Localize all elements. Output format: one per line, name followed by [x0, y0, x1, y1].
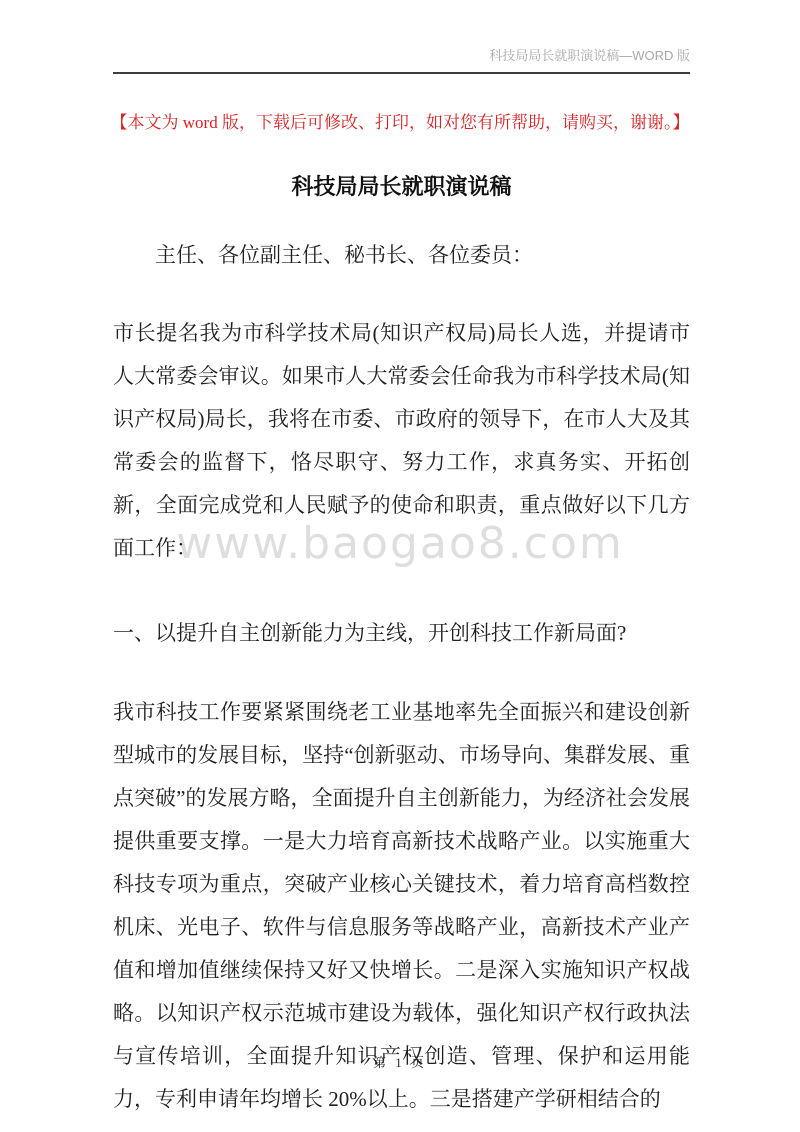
greeting-line: 主任、各位副主任、秘书长、各位委员： [113, 240, 690, 270]
purchase-notice: 【本文为 word 版，下载后可修改、打印，如对您有所帮助，请购买，谢谢。】 [0, 110, 800, 136]
body-paragraph-2: 我市科技工作要紧紧围绕老工业基地率先全面振兴和建设创新型城市的发展目标，坚持“创… [113, 691, 690, 1121]
document-title: 科技局局长就职演说稿 [113, 172, 690, 202]
document-page: 科技局局长就职演说稿—WORD 版 【本文为 word 版，下载后可修改、打印，… [0, 0, 800, 1132]
header-doc-title: 科技局局长就职演说稿—WORD 版 [489, 48, 690, 63]
section-heading-1: 一、以提升自主创新能力为主线，开创科技工作新局面? [113, 612, 690, 655]
body-paragraph-1: 市长提名我为市科学技术局(知识产权局)局长人选，并提请市人大常委会审议。如果市人… [113, 312, 690, 570]
page-header: 科技局局长就职演说稿—WORD 版 [113, 48, 690, 74]
